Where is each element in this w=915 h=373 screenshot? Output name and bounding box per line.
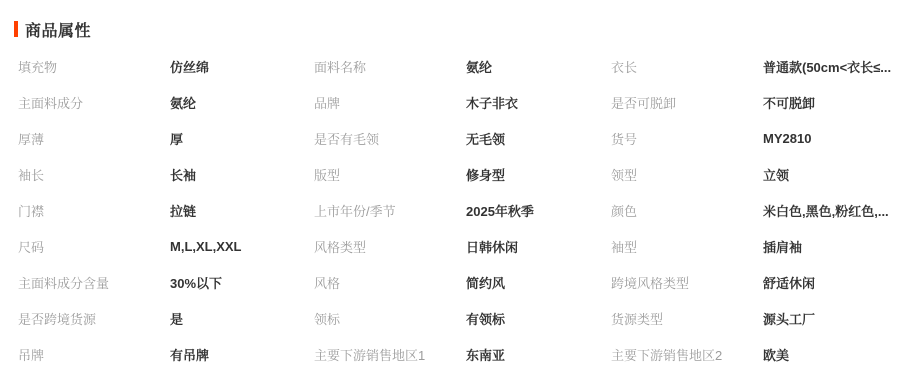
attribute-item: 主要下游销售地区2 欧美 [611, 336, 915, 372]
attribute-value: 东南亚 [466, 345, 505, 364]
attribute-value: 舒适休闲 [763, 273, 815, 292]
attribute-value: 30%以下 [170, 273, 222, 292]
attribute-label: 袖型 [611, 237, 763, 256]
section-title: 商品属性 [25, 18, 91, 41]
attribute-value: 是 [170, 309, 183, 328]
attribute-item: 是否有毛领 无毛领 [314, 120, 611, 156]
attribute-label: 厚薄 [18, 129, 170, 148]
attribute-value: 修身型 [466, 165, 505, 184]
product-attributes-panel: 商品属性 填充物 仿丝绵 面料名称 氨纶 衣长 普通款(50cm<衣长≤... … [0, 0, 915, 373]
attribute-label: 是否可脱卸 [611, 93, 763, 112]
attribute-item: 货号 MY2810 [611, 120, 915, 156]
attribute-item: 尺码 M,L,XL,XXL [18, 228, 314, 264]
attribute-item: 风格类型 日韩休闲 [314, 228, 611, 264]
attribute-label: 面料名称 [314, 57, 466, 76]
attribute-item: 面料名称 氨纶 [314, 48, 611, 84]
attribute-item: 上市年份/季节 2025年秋季 [314, 192, 611, 228]
attribute-item: 主面料成分 氨纶 [18, 84, 314, 120]
attribute-label: 是否跨境货源 [18, 309, 170, 328]
attribute-label: 尺码 [18, 237, 170, 256]
attribute-item: 是否跨境货源 是 [18, 300, 314, 336]
attribute-value: 日韩休闲 [466, 237, 518, 256]
attribute-item: 货源类型 源头工厂 [611, 300, 915, 336]
attribute-item: 衣长 普通款(50cm<衣长≤... [611, 48, 915, 84]
accent-bar-icon [14, 21, 18, 37]
attribute-item: 颜色 米白色,黑色,粉红色,... [611, 192, 915, 228]
attribute-value: 长袖 [170, 165, 196, 184]
attribute-item: 门襟 拉链 [18, 192, 314, 228]
attribute-value: 源头工厂 [763, 309, 815, 328]
attribute-label: 版型 [314, 165, 466, 184]
attribute-item: 袖长 长袖 [18, 156, 314, 192]
attribute-item: 风格 简约风 [314, 264, 611, 300]
attribute-label: 主要下游销售地区2 [611, 345, 763, 364]
attribute-label: 主要下游销售地区1 [314, 345, 466, 364]
attribute-item: 袖型 插肩袖 [611, 228, 915, 264]
attribute-value: 欧美 [763, 345, 789, 364]
attribute-item: 填充物 仿丝绵 [18, 48, 314, 84]
attribute-label: 风格 [314, 273, 466, 292]
attribute-value: 2025年秋季 [466, 201, 534, 220]
section-header: 商品属性 [14, 18, 915, 40]
attribute-value: 有吊牌 [170, 345, 209, 364]
attribute-value: 插肩袖 [763, 237, 802, 256]
attributes-grid: 填充物 仿丝绵 面料名称 氨纶 衣长 普通款(50cm<衣长≤... 主面料成分… [18, 48, 915, 372]
attribute-label: 衣长 [611, 57, 763, 76]
attribute-item: 主面料成分含量 30%以下 [18, 264, 314, 300]
attribute-label: 货源类型 [611, 309, 763, 328]
attribute-label: 是否有毛领 [314, 129, 466, 148]
attribute-item: 跨境风格类型 舒适休闲 [611, 264, 915, 300]
attribute-label: 吊牌 [18, 345, 170, 364]
attribute-label: 货号 [611, 129, 763, 148]
attribute-item: 领型 立领 [611, 156, 915, 192]
attribute-label: 跨境风格类型 [611, 273, 763, 292]
attribute-value: 不可脱卸 [763, 93, 815, 112]
attribute-label: 上市年份/季节 [314, 201, 466, 220]
attribute-label: 品牌 [314, 93, 466, 112]
attribute-label: 门襟 [18, 201, 170, 220]
attribute-label: 颜色 [611, 201, 763, 220]
attribute-label: 填充物 [18, 57, 170, 76]
attribute-item: 是否可脱卸 不可脱卸 [611, 84, 915, 120]
attribute-label: 袖长 [18, 165, 170, 184]
attribute-item: 版型 修身型 [314, 156, 611, 192]
attribute-value: 无毛领 [466, 129, 505, 148]
attribute-label: 主面料成分含量 [18, 273, 170, 292]
attribute-value: 普通款(50cm<衣长≤... [763, 57, 891, 76]
attribute-value: MY2810 [763, 131, 811, 146]
attribute-value: 米白色,黑色,粉红色,... [763, 201, 889, 220]
attribute-label: 主面料成分 [18, 93, 170, 112]
attribute-value: 有领标 [466, 309, 505, 328]
attribute-value: 简约风 [466, 273, 505, 292]
attribute-value: 仿丝绵 [170, 57, 209, 76]
attribute-label: 风格类型 [314, 237, 466, 256]
attribute-label: 领标 [314, 309, 466, 328]
attribute-item: 品牌 木子非衣 [314, 84, 611, 120]
attribute-item: 吊牌 有吊牌 [18, 336, 314, 372]
attribute-label: 领型 [611, 165, 763, 184]
attribute-value: 氨纶 [170, 93, 196, 112]
attribute-value: M,L,XL,XXL [170, 239, 242, 254]
attribute-value: 拉链 [170, 201, 196, 220]
attribute-value: 厚 [170, 129, 183, 148]
attribute-value: 木子非衣 [466, 93, 518, 112]
attribute-value: 立领 [763, 165, 789, 184]
attribute-item: 领标 有领标 [314, 300, 611, 336]
attribute-item: 厚薄 厚 [18, 120, 314, 156]
attribute-item: 主要下游销售地区1 东南亚 [314, 336, 611, 372]
attribute-value: 氨纶 [466, 57, 492, 76]
